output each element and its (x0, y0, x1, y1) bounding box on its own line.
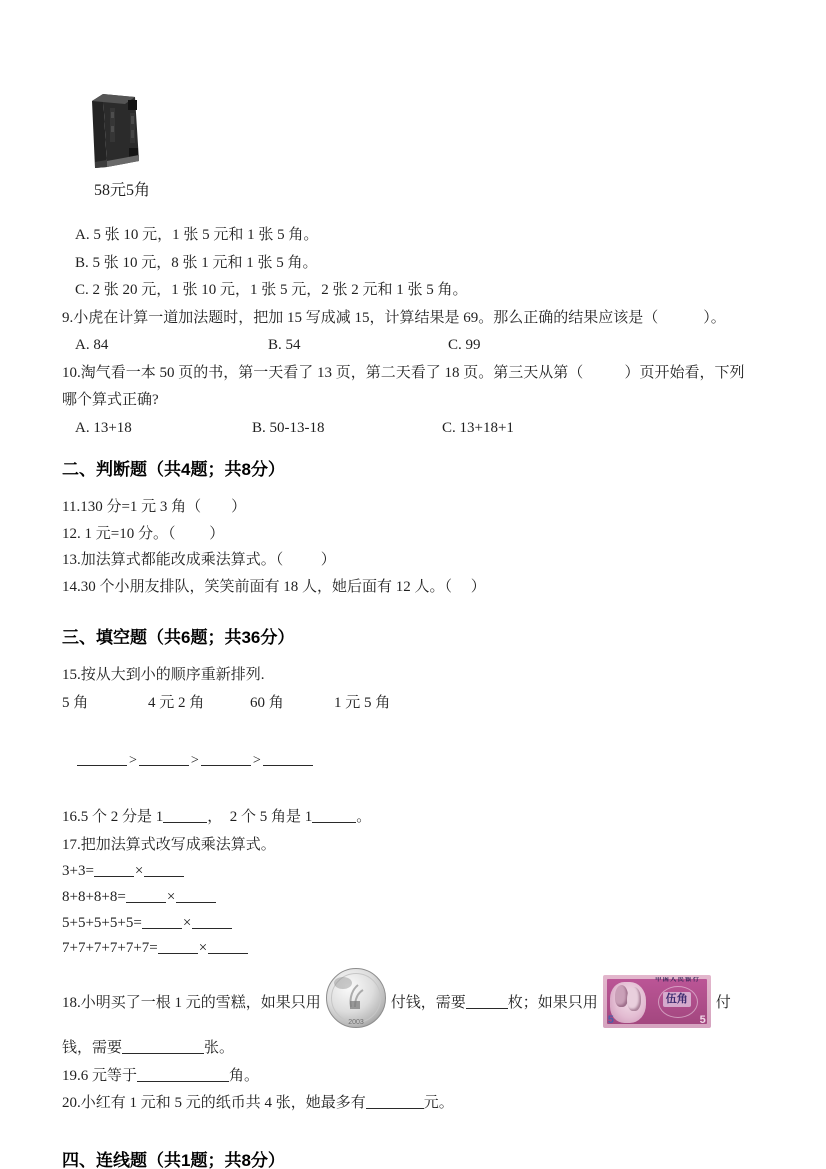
banknote-portrait-head (627, 987, 641, 1011)
question-18-text: 钱，需要 (62, 1040, 122, 1056)
question-8-options: A. 5 张 10 元，1 张 5 元和 1 张 5 角。 B. 5 张 10 … (62, 222, 770, 305)
coin-image: 2003 (325, 967, 387, 1030)
answer-blank (163, 808, 207, 823)
question-19: 19.6 元等于角。 (62, 1063, 770, 1091)
question-10-option-b: B. 50-13-18 (252, 415, 325, 443)
book-price-caption: 58元5角 (94, 179, 144, 203)
question-9-stem: 9.小虎在计算一道加法题时，把加 15 写成减 15，计算结果是 69。那么正确… (62, 305, 770, 333)
question-18-text: 18.小明买了一根 1 元的雪糕，如果只用 (62, 991, 321, 1012)
question-19-text: 角。 (229, 1068, 259, 1084)
answer-blank (176, 888, 216, 903)
banknote-portrait-head (615, 985, 628, 1007)
amount-item: 60 角 (250, 690, 284, 718)
question-10-stem-line2: 哪个算式正确? (62, 387, 770, 415)
section-4-title: 四、连线题（共1题；共8分） (62, 1148, 770, 1169)
multiplication-sign: × (134, 863, 144, 879)
question-15-amounts: 5 角 4 元 2 角 60 角 1 元 5 角 (62, 690, 770, 718)
greater-than-sign: > (251, 753, 263, 768)
answer-blank (77, 751, 127, 766)
banknote-denomination: 伍角 (663, 992, 691, 1007)
question-10-stem-line1: 10.淘气看一本 50 页的书，第一天看了 13 页，第二天看了 18 页。第三… (62, 360, 770, 388)
test-paper-page: 58元5角 A. 5 张 10 元，1 张 5 元和 1 张 5 角。 B. 5… (0, 0, 826, 1169)
question-17-stem: 17.把加法算式改写成乘法算式。 (62, 832, 770, 860)
judge-questions: 11.130 分=1 元 3 角（ ） 12. 1 元=10 分。（ ） 13.… (62, 494, 770, 600)
amount-item: 1 元 5 角 (334, 690, 390, 718)
question-13: 13.加法算式都能改成乘法算式。（ ） (62, 547, 770, 574)
question-10-option-a: A. 13+18 (75, 415, 132, 443)
multiplication-sign: × (198, 940, 208, 956)
answer-blank (201, 751, 251, 766)
answer-blank (137, 1067, 229, 1082)
banknote-bank-name: 中国人民银行 (651, 977, 705, 984)
amount-item: 4 元 2 角 (148, 690, 204, 718)
answer-blank (366, 1094, 424, 1109)
question-8-option-b: B. 5 张 10 元，8 张 1 元和 1 张 5 角。 (62, 250, 770, 278)
question-17-equation-2: 8+8+8+8=× (62, 885, 770, 911)
question-17-equation-4: 7+7+7+7+7+7=× (62, 936, 770, 962)
equation-left: 7+7+7+7+7+7= (62, 940, 158, 956)
greater-than-sign: > (127, 753, 139, 768)
question-18-text: 张。 (204, 1040, 234, 1056)
question-20: 20.小红有 1 元和 5 元的纸币共 4 张，她最多有元。 (62, 1090, 770, 1118)
question-12: 12. 1 元=10 分。（ ） (62, 521, 770, 548)
question-9-options: A. 84 B. 54 C. 99 (62, 332, 770, 360)
banknote-5jiao-image: 中国人民银行 伍角 5 5 (603, 975, 711, 1028)
question-16-text: ， 2 个 5 角是 1 (207, 809, 312, 825)
answer-blank (142, 914, 182, 929)
question-18-line1: 18.小明买了一根 1 元的雪糕，如果只用 2003 (62, 967, 770, 1035)
section-3-title: 三、填空题（共6题；共36分） (62, 625, 770, 651)
answer-blank (126, 888, 166, 903)
question-20-text: 元。 (424, 1095, 454, 1111)
banknote-number: 5 (700, 1015, 706, 1026)
answer-blank (139, 751, 189, 766)
book-image (84, 88, 142, 172)
question-14: 14.30 个小朋友排队，笑笑前面有 18 人，她后面有 12 人。（ ） (62, 574, 770, 601)
question-18-text: 付 (716, 991, 731, 1012)
question-17-equation-1: 3+3=× (62, 859, 770, 885)
answer-blank (192, 914, 232, 929)
banknote-number: 5 (608, 1015, 614, 1026)
question-18-line2: 钱，需要张。 (62, 1035, 770, 1063)
question-10-option-c: C. 13+18+1 (442, 415, 514, 443)
equation-left: 8+8+8+8= (62, 889, 126, 905)
question-9-option-c: C. 99 (448, 332, 481, 360)
equation-left: 5+5+5+5+5= (62, 915, 142, 931)
amount-item: 5 角 (62, 690, 88, 718)
question-15-answer-row: >>> (62, 717, 770, 804)
question-19-text: 19.6 元等于 (62, 1068, 137, 1084)
section-2-title: 二、判断题（共4题；共8分） (62, 457, 770, 483)
answer-blank (312, 808, 356, 823)
question-8-option-c: C. 2 张 20 元，1 张 10 元，1 张 5 元，2 张 2 元和 1 … (62, 277, 770, 305)
question-18-text: 付钱，需要 (391, 991, 466, 1012)
answer-blank (466, 994, 508, 1009)
equation-left: 3+3= (62, 863, 94, 879)
question-9-option-a: A. 84 (75, 332, 108, 360)
answer-blank (158, 939, 198, 954)
question-20-text: 20.小红有 1 元和 5 元的纸币共 4 张，她最多有 (62, 1095, 366, 1111)
answer-blank (208, 939, 248, 954)
coin-1jiao-image: 2003 (325, 967, 387, 1035)
question-8-option-a: A. 5 张 10 元，1 张 5 元和 1 张 5 角。 (62, 222, 770, 250)
multiplication-sign: × (166, 889, 176, 905)
multiplication-sign: × (182, 915, 192, 931)
answer-blank (263, 751, 313, 766)
question-11: 11.130 分=1 元 3 角（ ） (62, 494, 770, 521)
question-16-text: 16.5 个 2 分是 1 (62, 809, 163, 825)
greater-than-sign: > (189, 753, 201, 768)
answer-blank (144, 862, 184, 877)
question-15-stem: 15.按从大到小的顺序重新排列. (62, 662, 770, 690)
question-8-figure: 58元5角 (84, 88, 144, 203)
question-9-option-b: B. 54 (268, 332, 301, 360)
question-17-equation-3: 5+5+5+5+5=× (62, 911, 770, 937)
coin-year-text: 2003 (348, 1019, 364, 1026)
question-18-text: 枚；如果只用 (508, 991, 598, 1012)
answer-blank (94, 862, 134, 877)
question-16-text: 。 (356, 809, 371, 825)
question-16: 16.5 个 2 分是 1， 2 个 5 角是 1。 (62, 804, 770, 832)
answer-blank (122, 1039, 204, 1054)
question-10-options: A. 13+18 B. 50-13-18 C. 13+18+1 (62, 415, 770, 443)
